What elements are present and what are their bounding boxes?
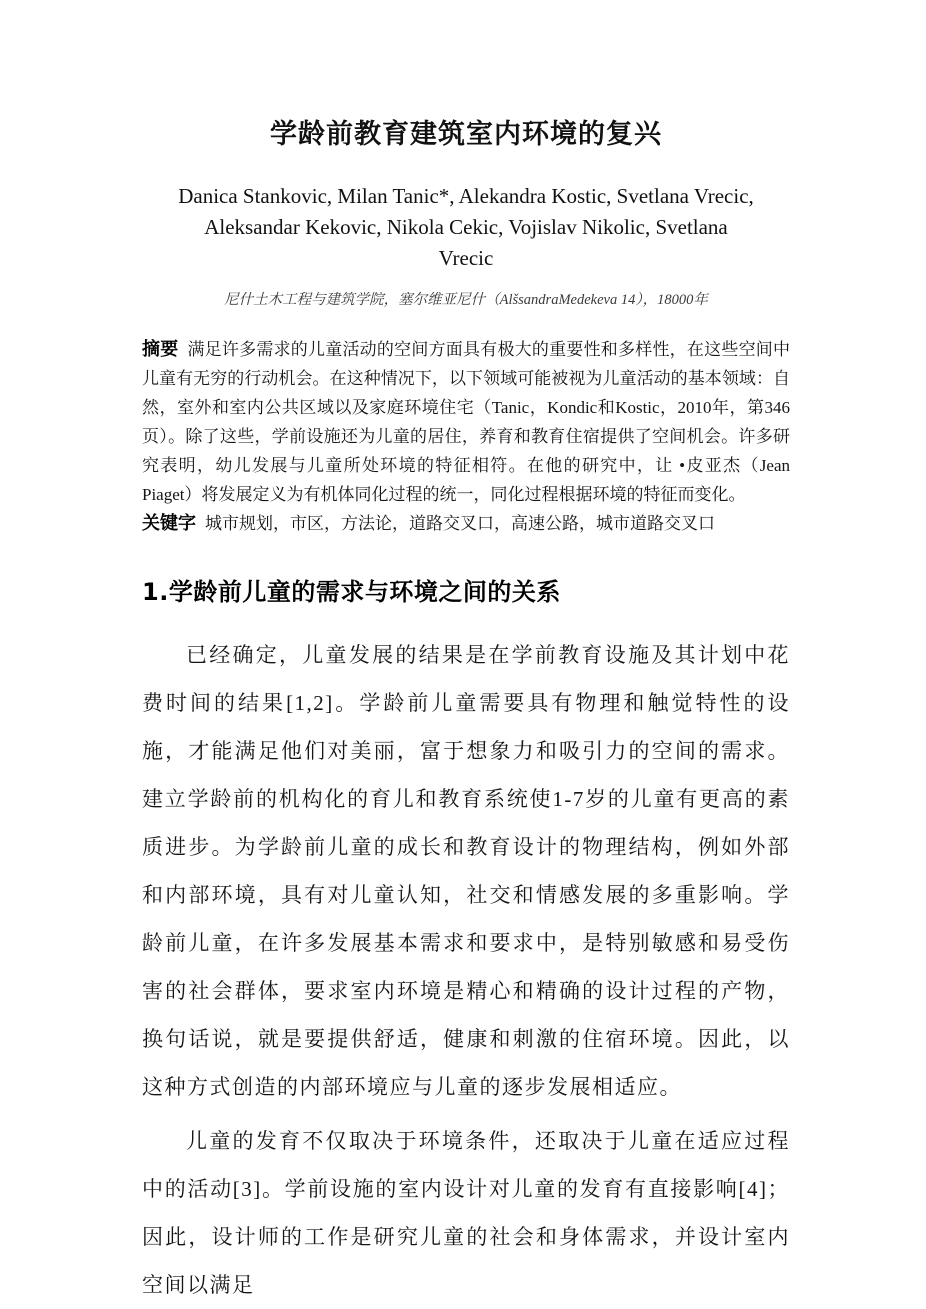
abstract-text: 满足许多需求的儿童活动的空间方面具有极大的重要性和多样性，在这些空间中儿童有无穷… — [142, 340, 790, 504]
author-line-2: Aleksandar Kekovic, Nikola Cekic, Vojisl… — [142, 212, 790, 243]
keywords-section: 关键字城市规划，市区，方法论，道路交叉口，高速公路，城市道路交叉口 — [142, 509, 790, 538]
section-1-paragraph-2: 儿童的发育不仅取决于环境条件，还取决于儿童在适应过程中的活动[3]。学前设施的室… — [142, 1117, 790, 1309]
paper-title: 学龄前教育建筑室内环境的复兴 — [142, 112, 790, 151]
keywords-text: 城市规划，市区，方法论，道路交叉口，高速公路，城市道路交叉口 — [205, 514, 715, 533]
affiliation: 尼什土木工程与建筑学院，塞尔维亚尼什（AlšsandraMedekeva 14）… — [142, 288, 790, 309]
document-page: 学龄前教育建筑室内环境的复兴 Danica Stankovic, Milan T… — [0, 0, 926, 1309]
keywords-label: 关键字 — [142, 513, 196, 534]
author-list: Danica Stankovic, Milan Tanic*, Alekandr… — [142, 181, 790, 274]
author-line-1: Danica Stankovic, Milan Tanic*, Alekandr… — [142, 181, 790, 212]
section-1-paragraph-1: 已经确定，儿童发展的结果是在学前教育设施及其计划中花费时间的结果[1,2]。学龄… — [142, 631, 790, 1111]
abstract-label: 摘要 — [142, 339, 178, 360]
abstract-section: 摘要满足许多需求的儿童活动的空间方面具有极大的重要性和多样性，在这些空间中儿童有… — [142, 335, 790, 509]
author-line-3: Vrecic — [142, 243, 790, 274]
section-1-heading: 1.学龄前儿童的需求与环境之间的关系 — [142, 572, 790, 607]
